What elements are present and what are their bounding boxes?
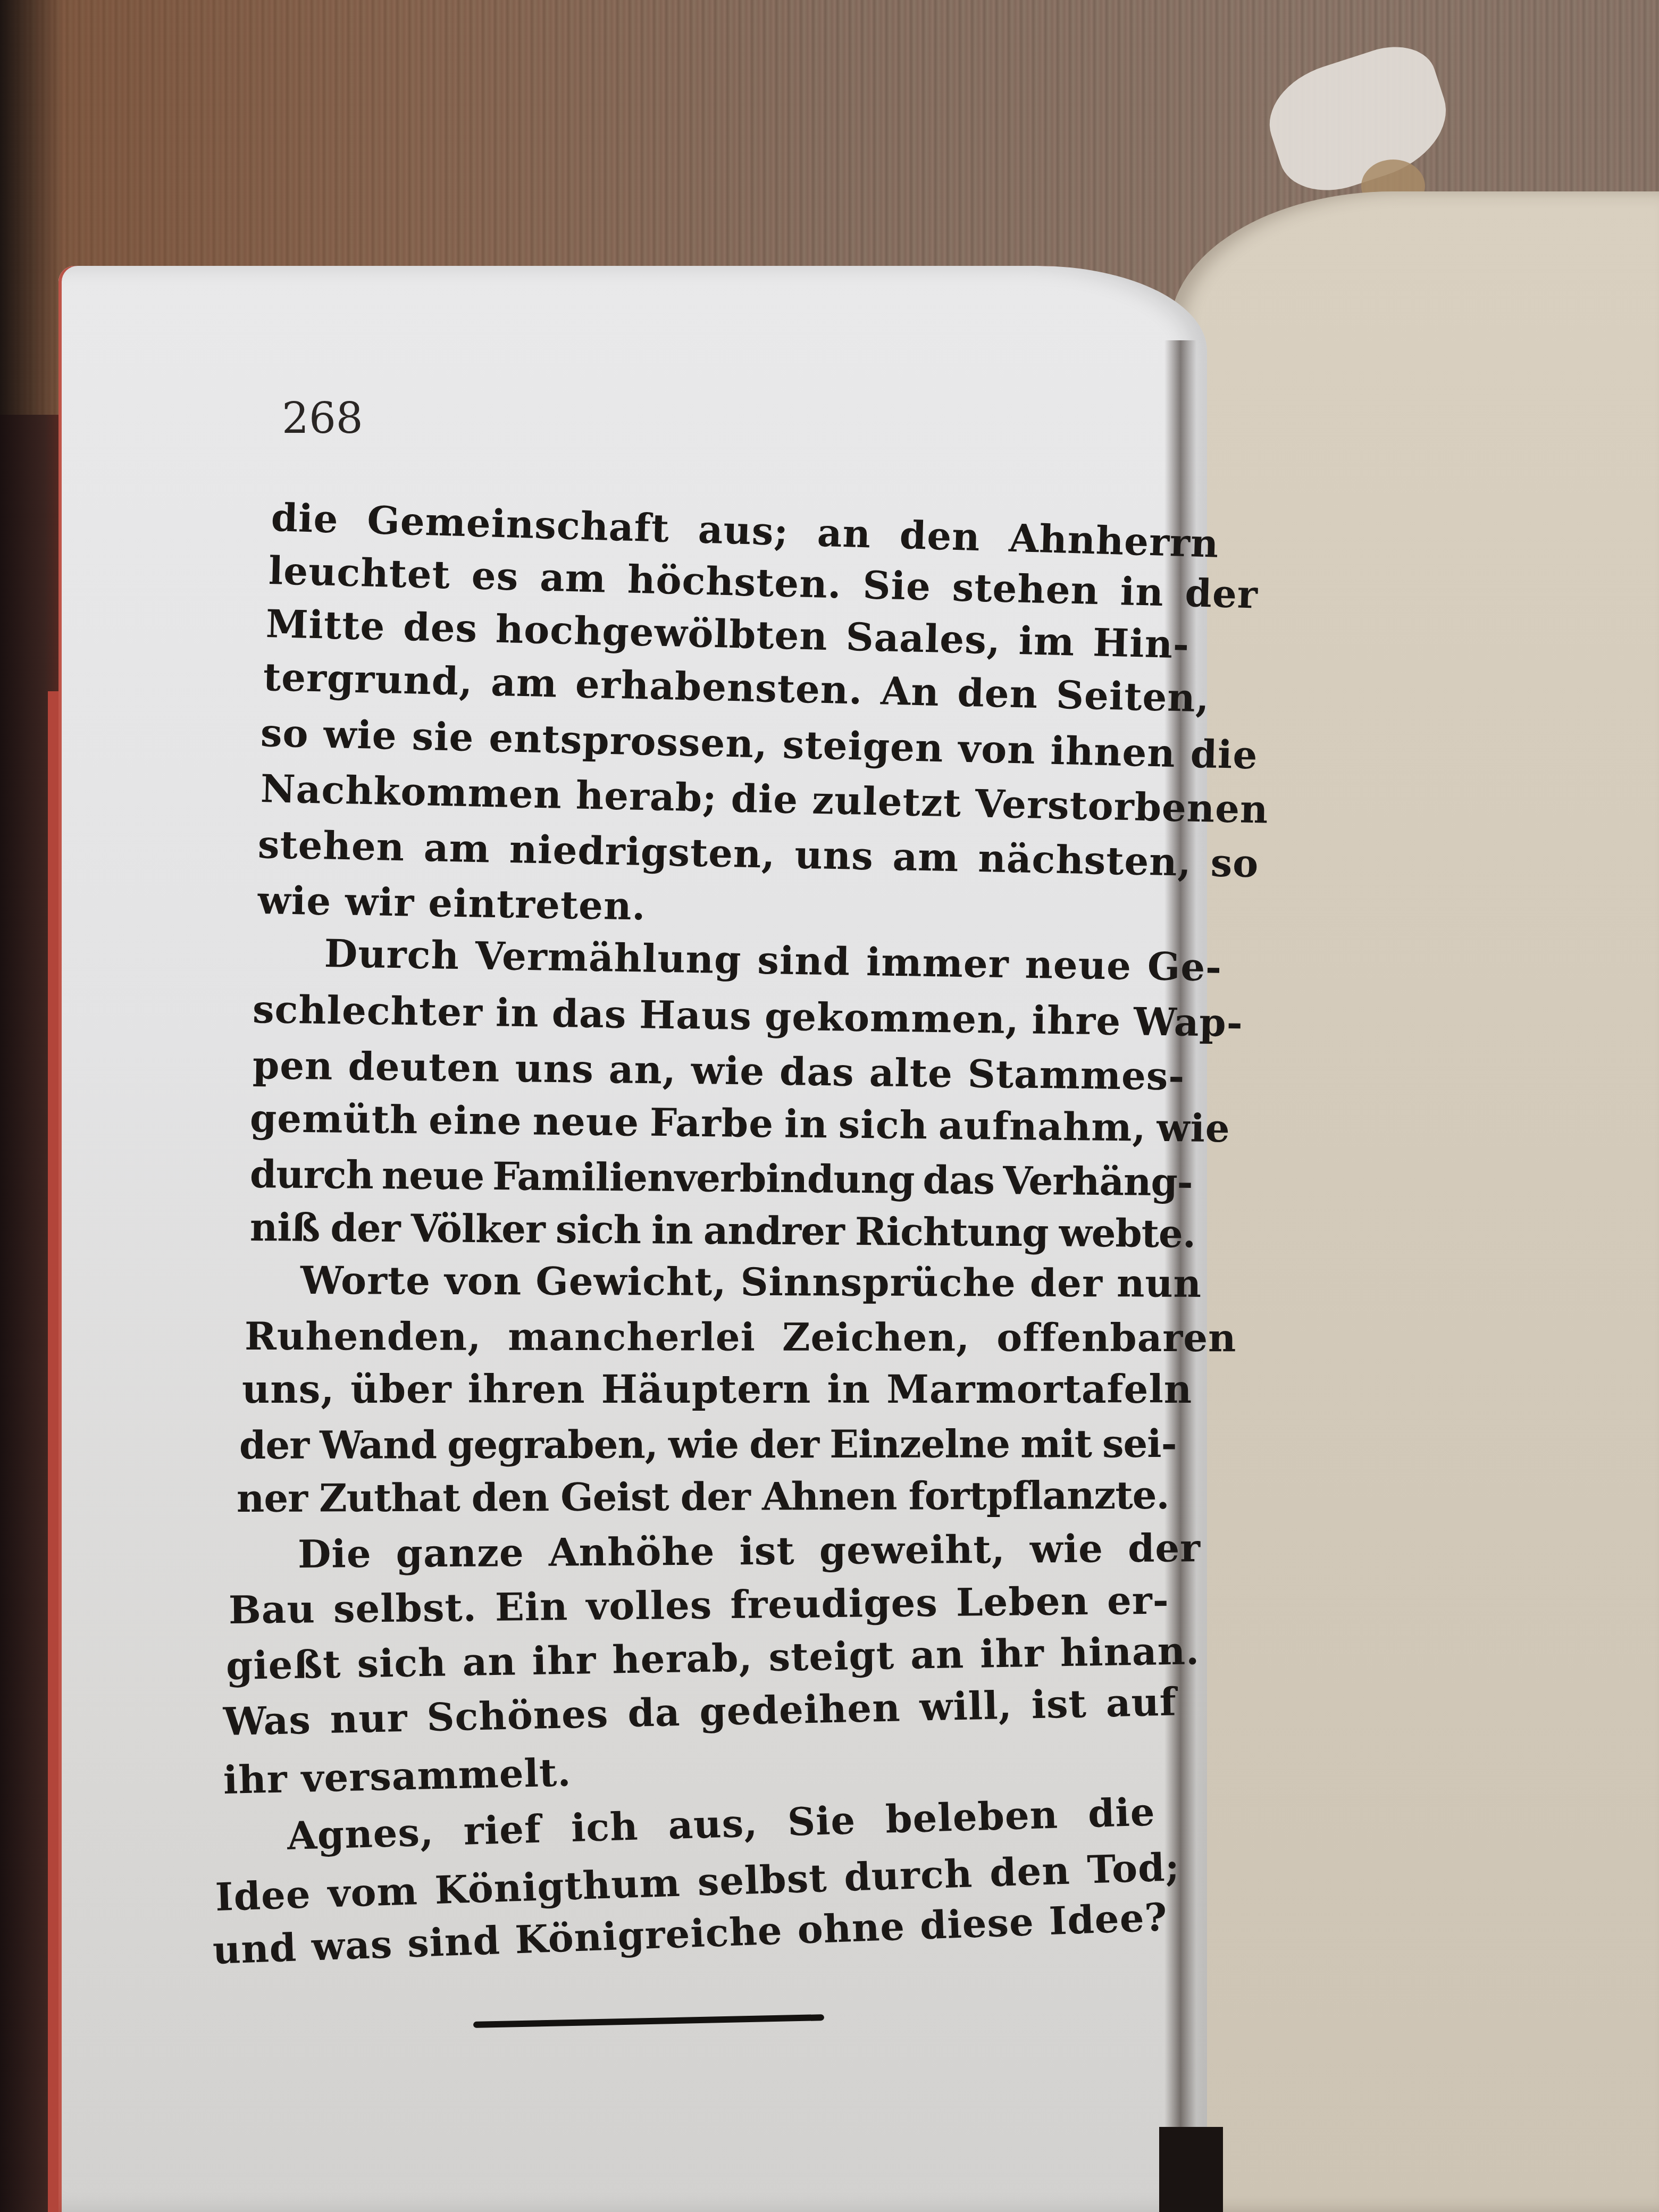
book-gutter <box>1164 340 1196 2212</box>
left-page <box>58 266 1207 2212</box>
dark-corner-shadow <box>0 0 64 479</box>
bottom-gutter-shadow <box>1159 2127 1223 2212</box>
right-page-blank <box>1170 191 1659 2212</box>
